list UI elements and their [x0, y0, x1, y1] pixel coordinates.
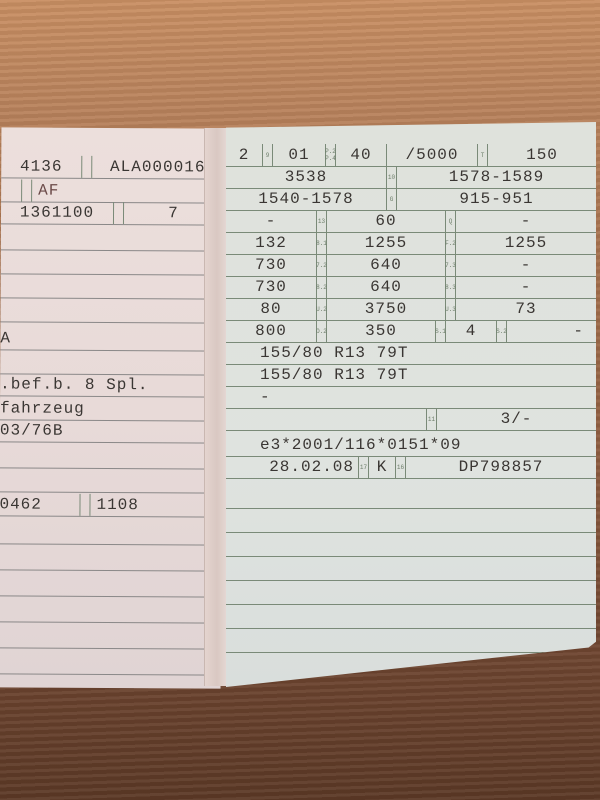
- right-row-4: - 13 60 Q -: [226, 210, 596, 233]
- left-row-2: AF: [1, 179, 223, 203]
- field-label: 10: [387, 166, 397, 188]
- field-value: fahrzeug: [0, 397, 222, 420]
- left-row-blank: [0, 469, 222, 493]
- left-row-blank: [0, 445, 222, 469]
- left-row-8: A: [0, 327, 222, 351]
- field-value: 80: [226, 298, 317, 320]
- field-value: 1361100: [1, 201, 114, 224]
- field-label: P.2 P.4: [326, 144, 336, 166]
- field-label: 17: [359, 456, 369, 478]
- field-value: K: [369, 456, 396, 478]
- right-row-1: 2 9 01 P.2 P.4 40 /5000 T 150: [226, 144, 596, 167]
- right-ruled-line: [226, 630, 596, 653]
- field-value: 1578-1589: [397, 166, 596, 188]
- field-value: 4: [446, 320, 497, 342]
- right-ruled-line: [226, 486, 596, 509]
- field-value: 03/76B: [0, 419, 222, 442]
- left-ruled-line: [0, 521, 221, 545]
- field-label: [114, 202, 124, 224]
- field-value: 730: [226, 276, 317, 298]
- left-row-1: 4136 ALA000016: [1, 155, 223, 179]
- field-label: O.2: [317, 320, 327, 342]
- right-row-12: -: [226, 386, 596, 409]
- field-value: 2: [226, 144, 263, 166]
- field-label: [22, 180, 32, 202]
- field-value: -: [456, 210, 596, 232]
- field-value: 150: [488, 144, 596, 166]
- left-row-3: 1361100 7: [1, 201, 223, 225]
- left-ruled-line: [0, 599, 221, 623]
- field-label: F.2: [446, 232, 456, 254]
- left-row-11: fahrzeug: [0, 397, 222, 421]
- field-value: AF: [32, 180, 223, 203]
- tire-size-rear: 155/80 R13 79T: [226, 364, 596, 386]
- field-value: 4136: [1, 155, 82, 177]
- field-value: 73: [456, 298, 596, 320]
- field-value: 132: [226, 232, 317, 254]
- right-row-5: 132 8.1 1255 F.2 1255: [226, 232, 596, 255]
- type-approval-number: e3*2001/116*0151*09: [226, 434, 596, 456]
- left-row-10: .bef.b. 8 Spl.: [0, 373, 222, 397]
- field-value: 640: [327, 276, 446, 298]
- field-value: 350: [327, 320, 436, 342]
- field-value: 3/-: [437, 408, 596, 430]
- field-label: Q: [446, 210, 456, 232]
- document-spine: [204, 128, 229, 686]
- field-label: [80, 494, 90, 516]
- left-row-12: 03/76B: [0, 419, 222, 443]
- field-label: S.1: [436, 320, 446, 342]
- right-row-14: e3*2001/116*0151*09: [226, 434, 596, 457]
- right-ruled-line: [226, 606, 596, 629]
- left-row-blank: [1, 251, 223, 275]
- field-value: 915-951: [397, 188, 596, 210]
- right-row-9: 800 O.2 350 S.1 4 S.2 -: [226, 320, 596, 343]
- tire-size-front: 155/80 R13 79T: [226, 342, 596, 364]
- right-row-6: 730 7.2 640 7.3 -: [226, 254, 596, 277]
- issue-date: 28.02.08: [226, 456, 359, 478]
- field-label: T: [477, 144, 488, 166]
- field-value: 1255: [327, 232, 446, 254]
- field-value: -: [507, 320, 596, 342]
- field-label: 8.2: [317, 276, 327, 298]
- left-row-blank: [1, 275, 223, 299]
- field-label: S.2: [497, 320, 507, 342]
- field-label: 7.3: [446, 254, 456, 276]
- field-value: -: [226, 210, 317, 232]
- field-value: 1108: [90, 494, 221, 517]
- field-value: 3538: [226, 166, 387, 188]
- field-value: .bef.b. 8 Spl.: [0, 373, 222, 396]
- field-label: G: [387, 188, 397, 210]
- left-ruled-line: [0, 625, 221, 649]
- field-label: 8.1: [317, 232, 327, 254]
- field-value: 800: [226, 320, 317, 342]
- field-value: 730: [226, 254, 317, 276]
- field-value: 640: [327, 254, 446, 276]
- field-label: U.2: [317, 298, 327, 320]
- field-value: A: [0, 327, 222, 350]
- right-ruled-line: [226, 582, 596, 605]
- right-row-3: 1540-1578 G 915-951: [226, 188, 596, 211]
- left-ruled-line: [0, 547, 221, 571]
- right-row-13: 11 3/-: [226, 408, 596, 431]
- left-row-blank: [1, 227, 223, 251]
- field-label: 11: [427, 408, 437, 430]
- field-value: 1540-1578: [226, 188, 387, 210]
- field-label: 8.3: [446, 276, 456, 298]
- left-ruled-line: [0, 573, 221, 597]
- right-row-10: 155/80 R13 79T: [226, 342, 596, 365]
- left-row-15: 0462 1108: [0, 493, 222, 517]
- field-value: /5000: [387, 144, 477, 166]
- field-label: 7.2: [317, 254, 327, 276]
- right-ruled-line: [226, 534, 596, 557]
- right-ruled-line: [226, 510, 596, 533]
- field-value: -: [226, 386, 596, 408]
- right-row-15: 28.02.08 17 K 16 DP798857: [226, 456, 596, 479]
- right-row-2: 3538 10 1578-1589: [226, 166, 596, 189]
- field-label: 9: [263, 144, 273, 166]
- left-ruled-line: [0, 651, 221, 675]
- field-value: 0462: [0, 493, 81, 515]
- document-number: DP798857: [406, 456, 596, 478]
- right-ruled-line: [226, 558, 596, 581]
- left-document-page: 4136 ALA000016 AF 1361100 7 A .bef.b. 8 …: [0, 127, 223, 688]
- left-row-blank: [0, 299, 222, 323]
- field-value: 1255: [456, 232, 596, 254]
- field-spacer: [1, 179, 22, 201]
- field-value: 3750: [327, 298, 446, 320]
- right-row-8: 80 U.2 3750 U.3 73: [226, 298, 596, 321]
- field-label: 16: [396, 456, 406, 478]
- field-value: 40: [336, 144, 387, 166]
- right-row-11: 155/80 R13 79T: [226, 364, 596, 387]
- field-value: -: [456, 254, 596, 276]
- right-document-page: 2 9 01 P.2 P.4 40 /5000 T 150 3538 10 15…: [226, 122, 596, 687]
- field-label: [82, 156, 92, 178]
- field-value: 01: [273, 144, 326, 166]
- field-value: [226, 408, 427, 430]
- field-value: 60: [327, 210, 446, 232]
- left-row-blank: [0, 351, 222, 375]
- field-label: 13: [317, 210, 327, 232]
- field-value: -: [456, 276, 596, 298]
- field-label: U.3: [446, 298, 456, 320]
- right-row-7: 730 8.2 640 8.3 -: [226, 276, 596, 299]
